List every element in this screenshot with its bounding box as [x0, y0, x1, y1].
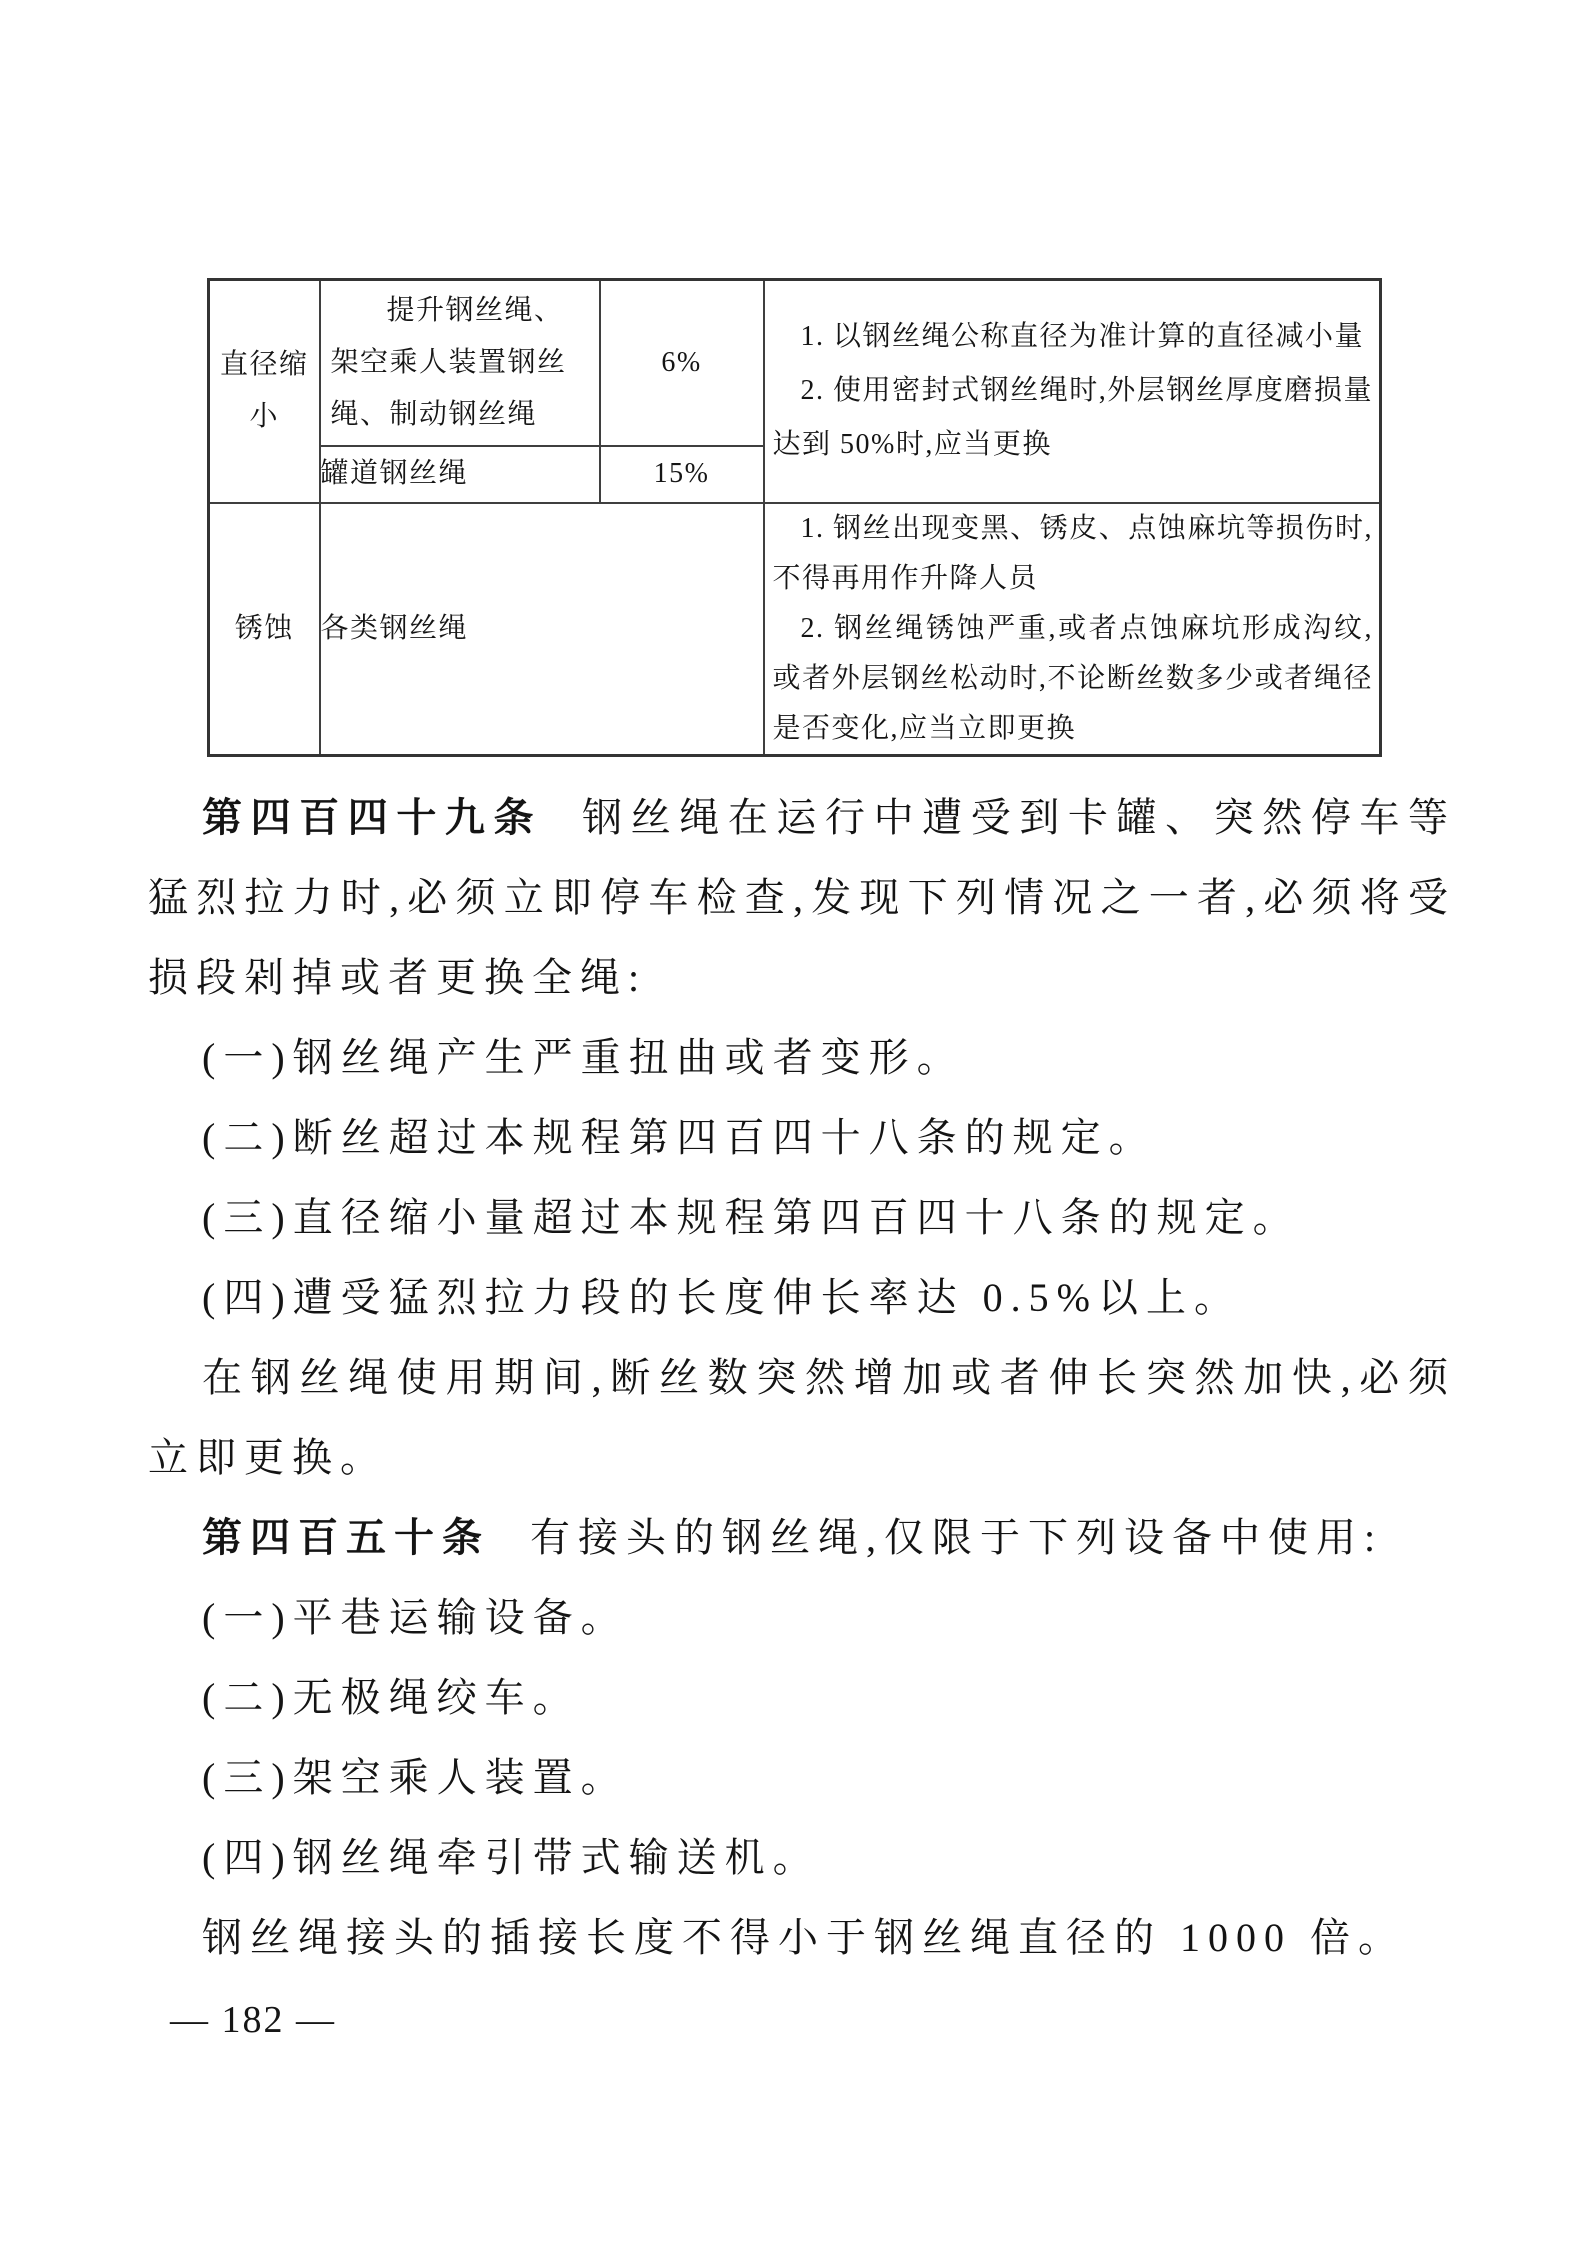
- cell-percent-15: 15%: [600, 446, 764, 503]
- wire-rope-replacement-criteria-table: 直径缩小 提升钢丝绳、架空乘人装置钢丝绳、制动钢丝绳 6% 1. 以钢丝绳公称直…: [207, 278, 1382, 757]
- criteria-diameter-item-1: 1. 以钢丝绳公称直径为准计算的直径减小量: [765, 310, 1380, 364]
- criteria-rust-item-2: 2. 钢丝绳锈蚀严重,或者点蚀麻坑形成沟纹,或者外层钢丝松动时,不论断丝数多少或…: [765, 604, 1380, 754]
- cell-criteria-diameter: 1. 以钢丝绳公称直径为准计算的直径减小量 2. 使用密封式钢丝绳时,外层钢丝厚…: [764, 280, 1381, 503]
- cell-percent-6: 6%: [600, 280, 764, 446]
- article-449-paragraph: 第四百四十九条钢丝绳在运行中遭受到卡罐、突然停车等猛烈拉力时,必须立即停车检查,…: [148, 778, 1456, 1018]
- article-449-item-4: (四)遭受猛烈拉力段的长度伸长率达 0.5%以上。: [148, 1258, 1456, 1338]
- rope-types-hoist-text: 提升钢丝绳、架空乘人装置钢丝绳、制动钢丝绳: [321, 285, 599, 441]
- article-450-item-2: (二)无极绳绞车。: [148, 1658, 1456, 1738]
- criteria-rust-item-1: 1. 钢丝出现变黑、锈皮、点蚀麻坑等损伤时,不得再用作升降人员: [765, 504, 1380, 604]
- cell-rope-types-hoist: 提升钢丝绳、架空乘人装置钢丝绳、制动钢丝绳: [320, 280, 600, 446]
- article-449-item-2: (二)断丝超过本规程第四百四十八条的规定。: [148, 1098, 1456, 1178]
- cell-criteria-rust: 1. 钢丝出现变黑、锈皮、点蚀麻坑等损伤时,不得再用作升降人员 2. 钢丝绳锈蚀…: [764, 503, 1381, 756]
- article-450-note: 钢丝绳接头的插接长度不得小于钢丝绳直径的 1000 倍。: [148, 1898, 1456, 1978]
- article-450-item-1: (一)平巷运输设备。: [148, 1578, 1456, 1658]
- cell-category-rust: 锈蚀: [209, 503, 320, 756]
- cell-rope-types-all: 各类钢丝绳: [320, 503, 764, 756]
- article-449-item-1: (一)钢丝绳产生严重扭曲或者变形。: [148, 1018, 1456, 1098]
- article-450-number: 第四百五十条: [202, 1516, 490, 1560]
- criteria-diameter-item-2: 2. 使用密封式钢丝绳时,外层钢丝厚度磨损量达到 50%时,应当更换: [765, 364, 1380, 472]
- page-number-footer: — 182 —: [170, 1996, 336, 2044]
- article-449-number: 第四百四十九条: [202, 796, 542, 840]
- table-row-diameter-main: 直径缩小 提升钢丝绳、架空乘人装置钢丝绳、制动钢丝绳 6% 1. 以钢丝绳公称直…: [209, 280, 1381, 446]
- article-450-intro: 有接头的钢丝绳,仅限于下列设备中使用:: [530, 1515, 1383, 1560]
- article-449-note: 在钢丝绳使用期间,断丝数突然增加或者伸长突然加快,必须立即更换。: [148, 1338, 1456, 1498]
- article-450-paragraph: 第四百五十条有接头的钢丝绳,仅限于下列设备中使用:: [148, 1498, 1456, 1578]
- article-450-item-4: (四)钢丝绳牵引带式输送机。: [148, 1818, 1456, 1898]
- table-row-rust: 锈蚀 各类钢丝绳 1. 钢丝出现变黑、锈皮、点蚀麻坑等损伤时,不得再用作升降人员…: [209, 503, 1381, 756]
- cell-rope-types-cage-guide: 罐道钢丝绳: [320, 446, 600, 503]
- article-text-block: 第四百四十九条钢丝绳在运行中遭受到卡罐、突然停车等猛烈拉力时,必须立即停车检查,…: [148, 778, 1456, 1978]
- article-450-item-3: (三)架空乘人装置。: [148, 1738, 1456, 1818]
- document-page: 直径缩小 提升钢丝绳、架空乘人装置钢丝绳、制动钢丝绳 6% 1. 以钢丝绳公称直…: [0, 0, 1587, 2245]
- article-449-item-3: (三)直径缩小量超过本规程第四百四十八条的规定。: [148, 1178, 1456, 1258]
- cell-category-diameter-reduction: 直径缩小: [209, 280, 320, 503]
